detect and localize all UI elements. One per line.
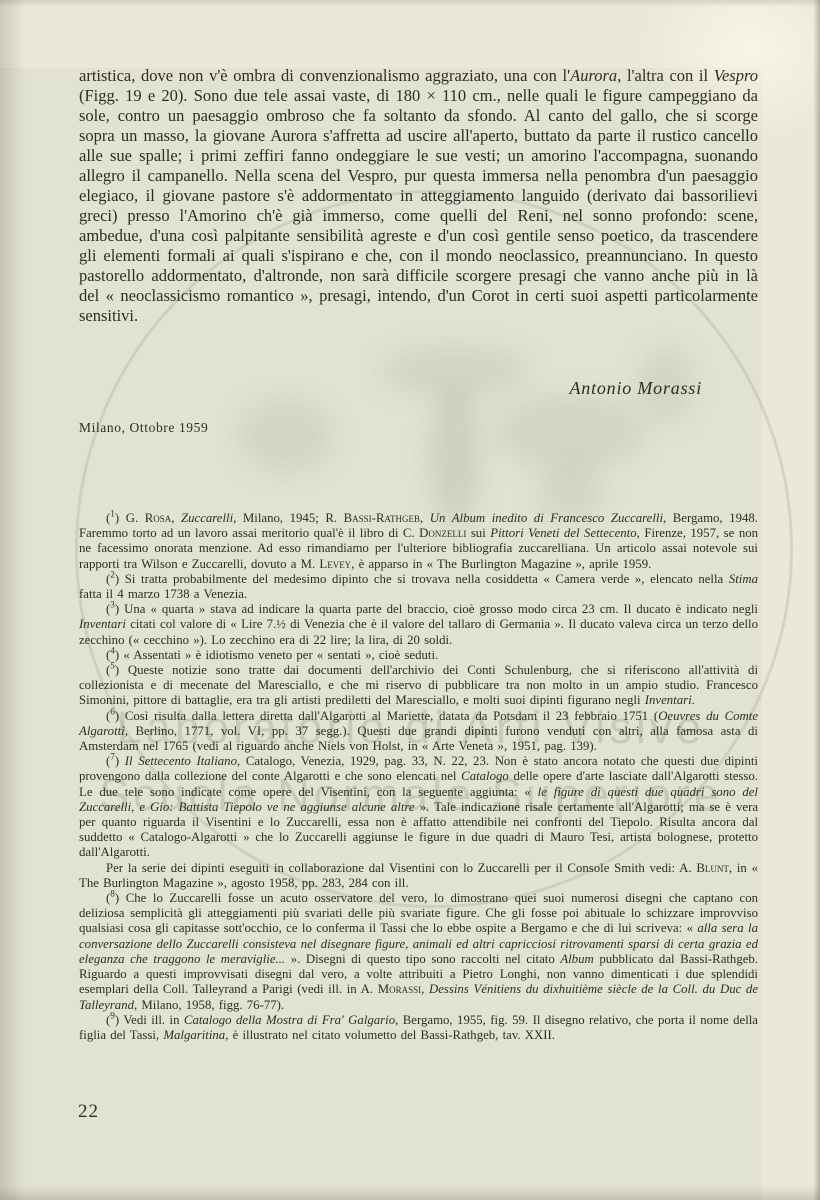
page-edge-bottom	[0, 1186, 820, 1200]
footnotes-section: (1) G. Rosa, Zuccarelli, Milano, 1945; R…	[79, 511, 758, 1043]
footnote-7: (7) Il Settecento Italiano, Catalogo, Ve…	[79, 754, 758, 860]
book-page: Laboratorio di Arti Visive Scuola Normal…	[0, 0, 820, 1200]
footnote-1: (1) G. Rosa, Zuccarelli, Milano, 1945; R…	[79, 511, 758, 572]
page-edge-top	[0, 0, 820, 7]
main-paragraph: artistica, dove non v'è ombra di convenz…	[79, 66, 758, 326]
printed-content: artistica, dove non v'è ombra di convenz…	[0, 0, 820, 1200]
footnote-5: (5) Queste notizie sono tratte dai docum…	[79, 663, 758, 709]
footnote-7: Per la serie dei dipinti eseguiti in col…	[79, 861, 758, 891]
footnote-9: (9) Vedi ill. in Catalogo della Mostra d…	[79, 1013, 758, 1043]
footnote-3: (3) Una « quarta » stava ad indicare la …	[79, 602, 758, 648]
footnote-2: (2) Si tratta probabilmente del medesimo…	[79, 572, 758, 602]
page-edge-right	[813, 0, 820, 1200]
footnote-8: (8) Che lo Zuccarelli fosse un acuto oss…	[79, 891, 758, 1013]
dateline: Milano, Ottobre 1959	[79, 420, 208, 436]
footnote-6: (6) Così risulta dalla lettera diretta d…	[79, 709, 758, 755]
footnote-4: (4) « Assentati » è idiotismo veneto per…	[79, 648, 758, 663]
page-edge-left	[0, 0, 26, 1200]
page-number: 22	[78, 1101, 99, 1123]
author-signature: Antonio Morassi	[380, 378, 758, 399]
